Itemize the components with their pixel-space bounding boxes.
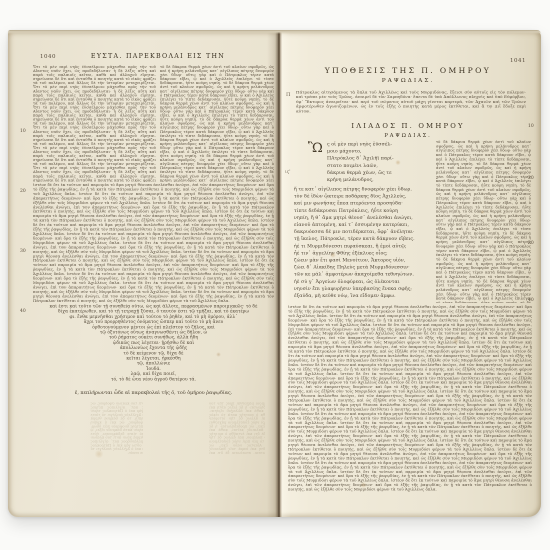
book-closing-line: ἐ, πεπλήρωνται ὧδε αἱ παρεκβολαὶ τῆς ο̄,…: [33, 391, 274, 396]
left-column-a: Ὅτι τὸ μὲν περὶ νηὸς ἐϋσσέλμοιο μάχεσθαι…: [33, 65, 156, 182]
left-column-b: τὸ δὲ δάκρυα θερμὰ χέων ἀντὶ τοῦ κλαίων …: [160, 65, 274, 182]
hypothesis-heading: ΥΠΟΘΕΣΙΣ ΤΗΣ Π. ΟΜΗΡΟΥ: [298, 66, 518, 75]
left-page-number: 1040: [40, 54, 56, 60]
rhapsody-heading: ΙΛΙΑΔΟΣ Π. ΟΜΗΡΟΥ: [298, 122, 518, 130]
margin-line-number: 10: [528, 124, 534, 129]
commentary-full-width: ἰστέον δὲ ὅτι ἐκ τούτων καὶ παροιμία τὸ …: [288, 305, 532, 506]
book-spread: 1040 ΕΥΣΤΑ. ΠΑΡΕΚΒΟΛΑΙ ΕΙΣ ΤΗΝ 10 20 30 …: [8, 30, 541, 517]
margin-line-number: 40: [528, 298, 534, 303]
commentary-column: τὸ δὲ δάκρυα θερμὰ χέων ἀντὶ τοῦ κλαίων …: [436, 140, 531, 303]
hypothesis-heading-sub: ΡΑΨΩΔΙΑΣ.: [298, 78, 518, 84]
show-through-text: τὸ δὲ δάκρυα θερμὰ χέων ἀντὶ τοῦ κλαίων …: [38, 402, 143, 454]
verse-column: ἥ τε κατ᾽ αἰγίλιπος πέτρης δνοφερὸν χέει…: [294, 186, 430, 302]
photo-background: { "book": { "left_page": { "page_number"…: [0, 0, 550, 550]
margin-line-number: 10: [20, 129, 26, 134]
gutter-shadow: [267, 30, 291, 517]
verse-opening-lines: ς οἱ μὲν περὶ νηὸς ἐϋσσέλ-μοιο μάχοντο,Π…: [327, 141, 427, 185]
rhapsody-heading-sub: ΡΑΨΩΔΙΑΣ.: [298, 133, 518, 139]
show-through-text: Ὅτι τὸ μὲν περὶ νηὸς ἐϋσσέλμοιο μάχεσθαι…: [153, 402, 265, 454]
left-page: 1040 ΕΥΣΤΑ. ΠΑΡΕΚΒΟΛΑΙ ΕΙΣ ΤΗΝ 10 20 30 …: [8, 30, 278, 517]
margin-line-number: 40: [20, 309, 26, 314]
left-full-width-block: ἰστέον δὲ ὅτι ἐκ τούτων καὶ παροιμία τὸ …: [33, 183, 274, 303]
margin-line-number: 20: [528, 176, 534, 181]
verse-drop-cap: Ὣ: [308, 142, 323, 155]
margin-line-number: 30: [528, 241, 534, 246]
margin-line-number: 20: [20, 189, 26, 194]
left-running-title: ΕΥΣΤΑ. ΠΑΡΕΚΒΟΛΑΙ ΕΙΣ ΤΗΝ: [68, 53, 248, 60]
hypothesis-paragraph: Πάτροκλος αἰτησάμενος τὰ ὅπλα τοῦ Ἀχιλλέ…: [296, 90, 526, 116]
page-top-edge: [8, 30, 541, 34]
tapered-colophon-block: καὶ ἔστι καὶ τοῦτο τῶν τῇ συνηθείᾳ οὕτω,…: [33, 304, 274, 390]
right-page: 1041 ΥΠΟΘΕΣΙΣ ΤΗΣ Π. ΟΜΗΡΟΥ ΡΑΨΩΔΙΑΣ. Π …: [278, 30, 541, 517]
margin-line-number: 30: [20, 249, 26, 254]
right-page-number: 1041: [510, 58, 526, 64]
